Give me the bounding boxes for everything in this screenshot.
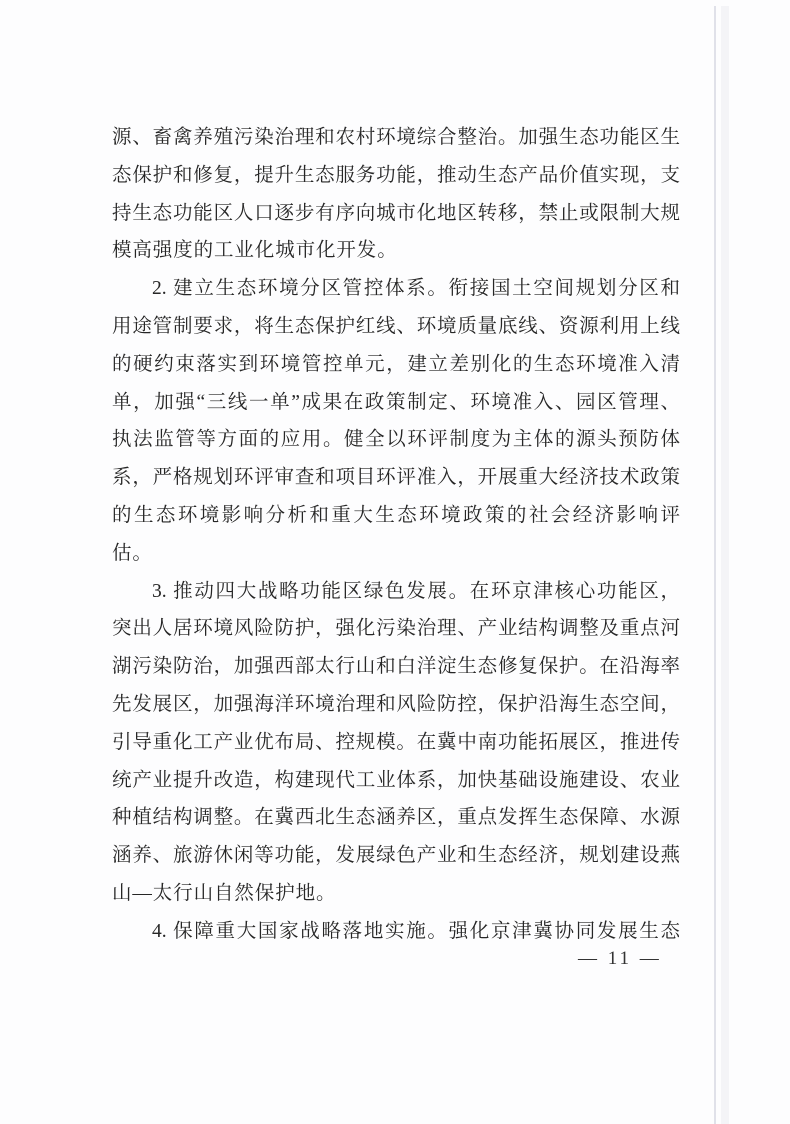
text-line: 突出人居环境风险防护，强化污染治理、产业结构调整及重点河: [112, 610, 680, 648]
text-line: 单，加强“三线一单”成果在政策制定、环境准入、园区管理、: [112, 384, 680, 422]
text-line: 的硬约束落实到环境管控单元，建立差别化的生态环境准入清: [112, 346, 680, 384]
text-line: 模高强度的工业化城市化开发。: [112, 232, 680, 270]
document-body: 源、畜禽养殖污染治理和农村环境综合整治。加强生态功能区生态保护和修复，提升生态服…: [112, 119, 680, 951]
text-line: 态保护和修复，提升生态服务功能，推动生态产品价值实现，支: [112, 157, 680, 195]
text-line: 种植结构调整。在冀西北生态涵养区，重点发挥生态保障、水源: [112, 799, 680, 837]
text-line: 用途管制要求，将生态保护红线、环境质量底线、资源利用上线: [112, 308, 680, 346]
text-line: 2. 建立生态环境分区管控体系。衔接国土空间规划分区和: [112, 270, 680, 308]
text-line: 执法监管等方面的应用。健全以环评制度为主体的源头预防体: [112, 421, 680, 459]
text-line: 4. 保障重大国家战略落地实施。强化京津冀协同发展生态: [112, 913, 680, 951]
text-line: 引导重化工产业优布局、控规模。在冀中南功能拓展区，推进传: [112, 724, 680, 762]
text-line: 系，严格规划环评审查和项目环评准入，开展重大经济技术政策: [112, 459, 680, 497]
text-line: 源、畜禽养殖污染治理和农村环境综合整治。加强生态功能区生: [112, 119, 680, 157]
text-line: 涵养、旅游休闲等功能，发展绿色产业和生态经济，规划建设燕: [112, 837, 680, 875]
text-line: 先发展区，加强海洋环境治理和风险防控，保护沿海生态空间，: [112, 686, 680, 724]
text-line: 湖污染防治，加强西部太行山和白洋淀生态修复保护。在沿海率: [112, 648, 680, 686]
text-line: 估。: [112, 535, 680, 573]
text-line: 的生态环境影响分析和重大生态环境政策的社会经济影响评: [112, 497, 680, 535]
scan-line-artifact: [714, 6, 716, 1124]
text-line: 统产业提升改造，构建现代工业体系，加快基础设施建设、农业: [112, 762, 680, 800]
text-line: 3. 推动四大战略功能区绿色发展。在环京津核心功能区，: [112, 573, 680, 611]
page-number: — 11 —: [578, 948, 662, 970]
scanned-document-page: 源、畜禽养殖污染治理和农村环境综合整治。加强生态功能区生态保护和修复，提升生态服…: [0, 0, 790, 1124]
text-line: 山—太行山自然保护地。: [112, 875, 680, 913]
scan-band-artifact: [721, 6, 729, 1124]
text-line: 持生态功能区人口逐步有序向城市化地区转移，禁止或限制大规: [112, 195, 680, 233]
